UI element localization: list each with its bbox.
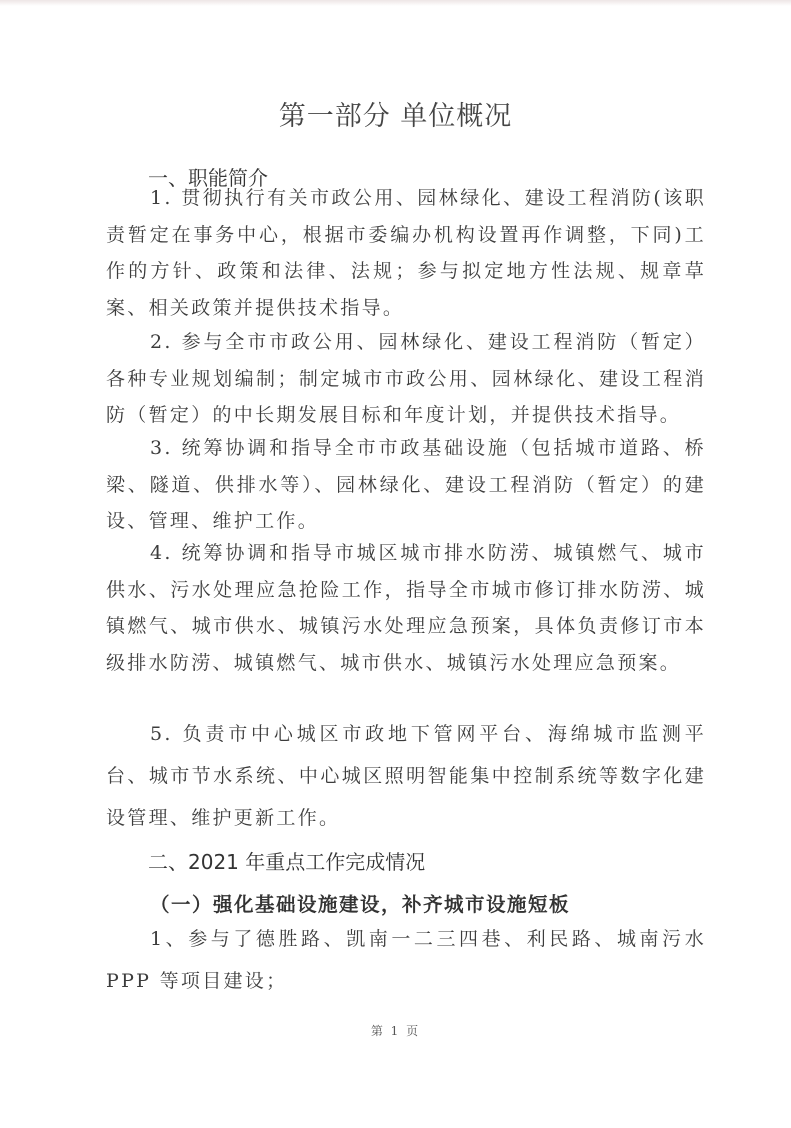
scan-edge <box>0 0 791 6</box>
paragraph-function-3: 3. 统筹协调和指导全市市政基础设施（包括城市道路、桥梁、隧道、供排水等）、园林… <box>106 430 706 540</box>
paragraph-function-2: 2. 参与全市市政公用、园林绿化、建设工程消防（暂定）各种专业规划编制；制定城市… <box>106 324 706 434</box>
paragraph-function-5: 5. 负责市中心城区市政地下管网平台、海绵城市监测平台、城市节水系统、中心城区照… <box>106 713 706 839</box>
subsection-heading-infrastructure: （一）强化基础设施建设，补齐城市设施短板 <box>150 889 570 917</box>
paragraph-work-1: 1、参与了德胜路、凯南一二三四巷、利民路、城南污水PPP 等项目建设； <box>106 918 706 1002</box>
page-title: 第一部分 单位概况 <box>0 94 791 133</box>
section-heading-2021-work: 二、2021 年重点工作完成情况 <box>148 846 425 875</box>
paragraph-function-4: 4. 统筹协调和指导市城区城市排水防涝、城镇燃气、城市供水、污水处理应急抢险工作… <box>106 535 706 681</box>
page-number: 第 1 页 <box>0 1022 791 1039</box>
paragraph-function-1: 1. 贯彻执行有关市政公用、园林绿化、建设工程消防(该职责暂定在事务中心，根据市… <box>106 180 706 326</box>
document-page: 第一部分 单位概况 一、职能简介 1. 贯彻执行有关市政公用、园林绿化、建设工程… <box>0 0 791 1128</box>
